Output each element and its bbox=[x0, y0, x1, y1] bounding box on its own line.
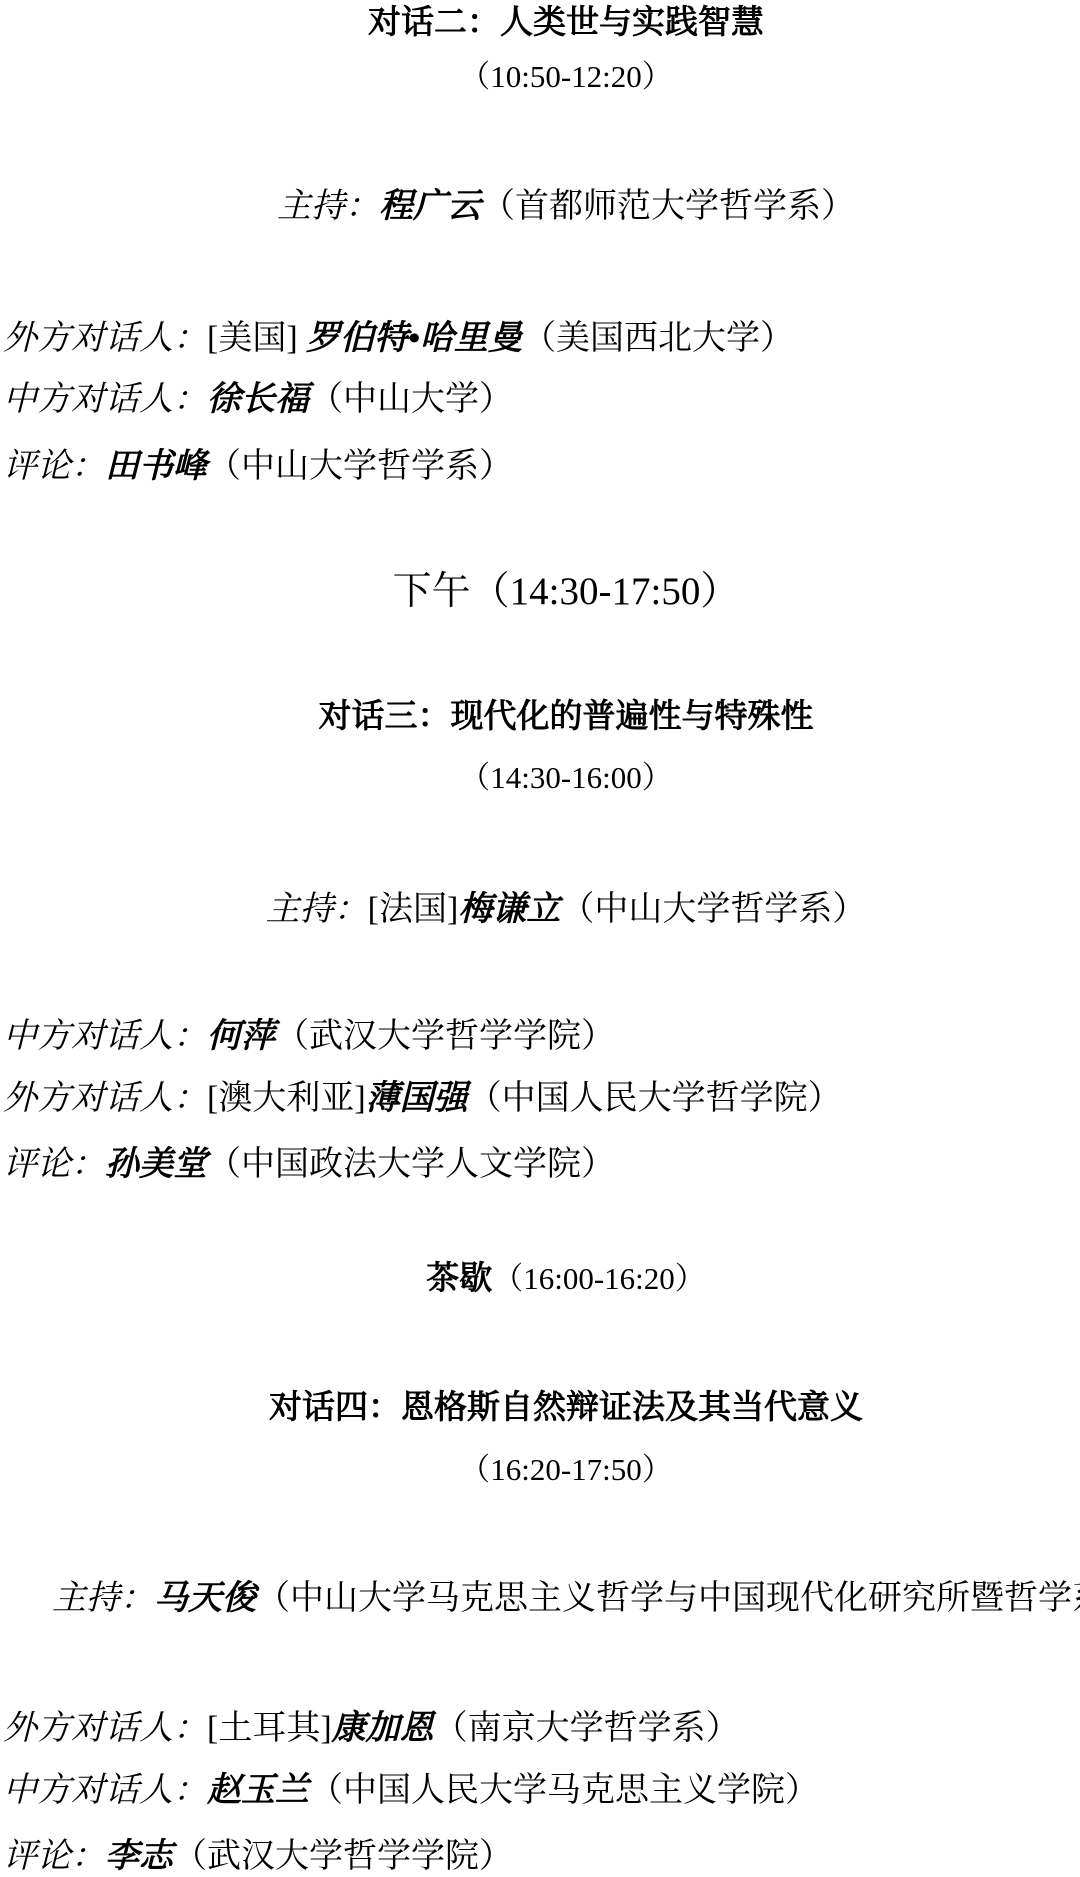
dialogue-3-title: 对话三：现代化的普遍性与特殊性 bbox=[0, 694, 1080, 738]
affiliation: （南京大学哲学系） bbox=[434, 1710, 740, 1747]
affiliation: （武汉大学哲学学院） bbox=[275, 1018, 615, 1055]
dialogue-3-time: （14:30-16:00） bbox=[0, 756, 1080, 800]
affiliation: （武汉大学哲学学院） bbox=[173, 1838, 513, 1875]
host-role-label: 主持： bbox=[277, 188, 379, 225]
conference-program-page: 对话二：人类世与实践智慧 （10:50-12:20） 主持：程广云（首都师范大学… bbox=[0, 0, 1080, 1877]
host-name: 程广云 bbox=[379, 188, 481, 225]
host-role-label: 主持： bbox=[266, 891, 368, 928]
dialogue-2-time: （10:50-12:20） bbox=[0, 55, 1080, 99]
country-tag: [美国] bbox=[207, 320, 306, 357]
dialogue-2-commentator-line: 评论：田书峰（中山大学哲学系） bbox=[0, 445, 1080, 489]
person-name: 孙美堂 bbox=[105, 1146, 207, 1183]
dialogue-3-foreign-participant-line: 外方对话人：[澳大利亚]薄国强（中国人民大学哲学院） bbox=[0, 1077, 1080, 1121]
dialogue-2-foreign-participant-line: 外方对话人：[美国] 罗伯特•哈里曼（美国西北大学） bbox=[0, 317, 1080, 361]
dialogue-4-chinese-participant-line: 中方对话人：赵玉兰（中国人民大学马克思主义学院） bbox=[0, 1769, 1080, 1813]
country-tag: [法国] bbox=[368, 891, 459, 928]
tea-break-line: 茶歇（16:00-16:20） bbox=[0, 1256, 1080, 1307]
dialogue-4-time: （16:20-17:50） bbox=[0, 1448, 1080, 1492]
host-affiliation: （首都师范大学哲学系） bbox=[481, 188, 855, 225]
role-label: 外方对话人： bbox=[3, 320, 207, 357]
tea-break-title: 茶歇 bbox=[426, 1259, 492, 1296]
tea-break-time: （16:00-16:20） bbox=[492, 1261, 706, 1296]
affiliation: （中山大学） bbox=[309, 381, 513, 418]
person-name: 赵玉兰 bbox=[207, 1772, 309, 1809]
person-name: 徐长福 bbox=[207, 381, 309, 418]
dialogue-4-title: 对话四：恩格斯自然辩证法及其当代意义 bbox=[0, 1385, 1080, 1429]
affiliation: （中山大学哲学系） bbox=[207, 448, 513, 485]
role-label: 评论： bbox=[3, 1146, 105, 1183]
role-label: 外方对话人： bbox=[3, 1080, 207, 1117]
dialogue-2-title: 对话二：人类世与实践智慧 bbox=[0, 0, 1080, 44]
dialogue-3-chinese-participant-line: 中方对话人：何萍（武汉大学哲学学院） bbox=[0, 1015, 1080, 1059]
affiliation: （美国西北大学） bbox=[522, 320, 794, 357]
role-label: 外方对话人： bbox=[3, 1710, 207, 1747]
role-label: 评论： bbox=[3, 448, 105, 485]
dialogue-3-host-line: 主持：[法国]梅谦立（中山大学哲学系） bbox=[0, 888, 1080, 932]
dialogue-4-foreign-participant-line: 外方对话人：[土耳其]康加恩（南京大学哲学系） bbox=[0, 1707, 1080, 1751]
role-label: 中方对话人： bbox=[3, 1018, 207, 1055]
country-tag: [澳大利亚] bbox=[207, 1080, 366, 1117]
role-label: 中方对话人： bbox=[3, 1772, 207, 1809]
person-name: 田书峰 bbox=[105, 448, 207, 485]
role-label: 评论： bbox=[3, 1838, 105, 1875]
affiliation: （中国政法大学人文学院） bbox=[207, 1146, 615, 1183]
person-name: 薄国强 bbox=[366, 1080, 468, 1117]
affiliation: （中国人民大学哲学院） bbox=[468, 1080, 842, 1117]
host-name: 马天俊 bbox=[154, 1580, 256, 1617]
dialogue-2-host-line: 主持：程广云（首都师范大学哲学系） bbox=[0, 185, 1080, 229]
host-name: 梅谦立 bbox=[458, 891, 560, 928]
host-affiliation: （中山大学马克思主义哲学与中国现代化研究所暨哲学系） bbox=[256, 1580, 1080, 1617]
affiliation: （中国人民大学马克思主义学院） bbox=[309, 1772, 819, 1809]
person-name: 康加恩 bbox=[332, 1710, 434, 1747]
person-name: 李志 bbox=[105, 1838, 173, 1875]
dialogue-4-host-line: 主持：马天俊（中山大学马克思主义哲学与中国现代化研究所暨哲学系） bbox=[0, 1577, 1080, 1621]
person-name: 何萍 bbox=[207, 1018, 275, 1055]
dialogue-3-commentator-line: 评论：孙美堂（中国政法大学人文学院） bbox=[0, 1143, 1080, 1187]
dialogue-2-chinese-participant-line: 中方对话人：徐长福（中山大学） bbox=[0, 378, 1080, 422]
host-affiliation: （中山大学哲学系） bbox=[560, 891, 866, 928]
role-label: 中方对话人： bbox=[3, 381, 207, 418]
afternoon-session-heading: 下午（14:30-17:50） bbox=[0, 566, 1080, 618]
person-name: 罗伯特•哈里曼 bbox=[306, 320, 522, 357]
dialogue-4-commentator-line: 评论：李志（武汉大学哲学学院） bbox=[0, 1835, 1080, 1877]
country-tag: [土耳其] bbox=[207, 1710, 332, 1747]
host-role-label: 主持： bbox=[52, 1580, 154, 1617]
